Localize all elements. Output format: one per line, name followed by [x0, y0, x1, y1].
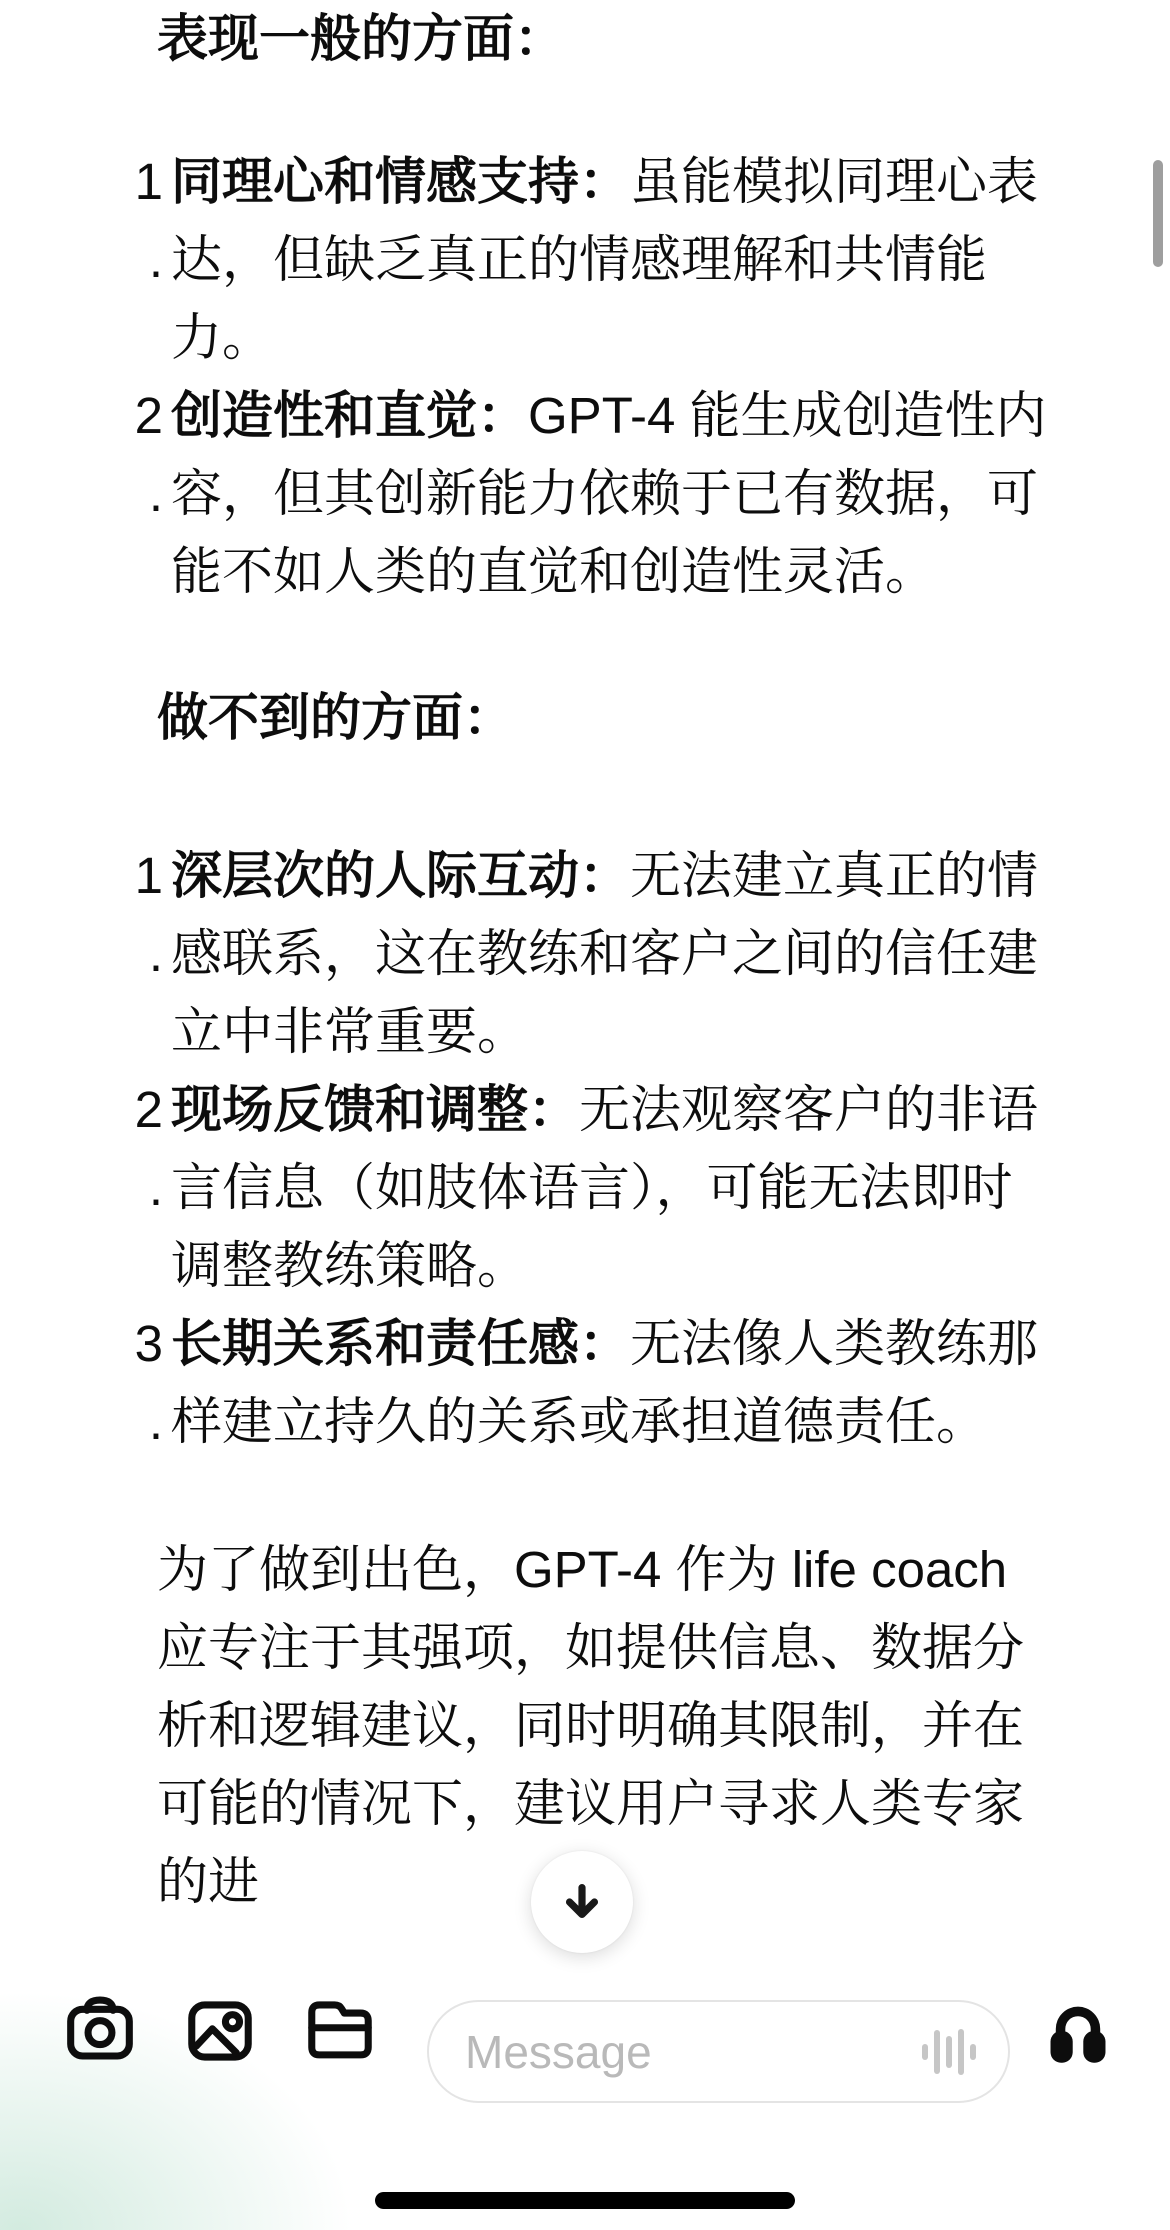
folder-icon: [302, 1993, 378, 2069]
list-item-label: 创造性和直觉：: [171, 387, 528, 444]
camera-button[interactable]: [56, 1987, 144, 2075]
list-marker: 2.: [125, 377, 163, 533]
list-item-label: 现场反馈和调整：: [171, 1081, 579, 1138]
home-indicator[interactable]: [375, 2192, 795, 2209]
cannot-do-list: 1.深层次的人际互动：无法建立真正的情感联系，这在教练和客户之间的信任建立中非常…: [157, 837, 1058, 1461]
message-input-placeholder: Message: [465, 2025, 922, 2079]
list-marker: 1.: [125, 837, 163, 993]
section-heading-cannot: 做不到的方面：: [157, 679, 1058, 757]
list-item: 2.现场反馈和调整：无法观察客户的非语言信息（如肢体语言），可能无法即时调整教练…: [171, 1071, 1058, 1305]
list-marker: 2.: [125, 1071, 163, 1227]
list-item: 2.创造性和直觉：GPT-4 能生成创造性内容，但其创新能力依赖于已有数据，可能…: [171, 377, 1058, 611]
message-input[interactable]: Message: [427, 2000, 1010, 2103]
camera-icon: [62, 1993, 138, 2069]
list-item: 3.长期关系和责任感：无法像人类教练那样建立持久的关系或承担道德责任。: [171, 1305, 1058, 1461]
section-heading-average: 表现一般的方面：: [157, 0, 1058, 78]
voice-waveform-icon[interactable]: [922, 2027, 978, 2077]
composer-bar: Message: [0, 1974, 1170, 2230]
list-marker: 1.: [125, 143, 163, 299]
content-fade: [0, 1956, 1170, 1974]
average-aspects-list: 1.同理心和情感支持：虽能模拟同理心表达，但缺乏真正的情感理解和共情能力。 2.…: [157, 143, 1058, 611]
photo-icon: [182, 1993, 258, 2069]
list-item: 1.同理心和情感支持：虽能模拟同理心表达，但缺乏真正的情感理解和共情能力。: [171, 143, 1058, 377]
list-marker: 3.: [125, 1305, 163, 1461]
scroll-to-bottom-button[interactable]: [531, 1851, 633, 1953]
list-item: 1.深层次的人际互动：无法建立真正的情感联系，这在教练和客户之间的信任建立中非常…: [171, 837, 1058, 1071]
files-folder-button[interactable]: [296, 1987, 384, 2075]
headphones-icon: [1041, 1994, 1115, 2068]
list-item-label: 长期关系和责任感：: [171, 1315, 630, 1372]
list-item-label: 深层次的人际互动：: [171, 847, 630, 904]
scrollbar[interactable]: [1153, 160, 1163, 267]
arrow-down-icon: [559, 1879, 605, 1925]
chat-screen: 表现一般的方面： 1.同理心和情感支持：虽能模拟同理心表达，但缺乏真正的情感理解…: [0, 0, 1170, 2230]
assistant-message: 表现一般的方面： 1.同理心和情感支持：虽能模拟同理心表达，但缺乏真正的情感理解…: [0, 0, 1170, 1921]
list-item-label: 同理心和情感支持：: [171, 153, 630, 210]
photo-library-button[interactable]: [176, 1987, 264, 2075]
voice-mode-button[interactable]: [1034, 1987, 1122, 2075]
